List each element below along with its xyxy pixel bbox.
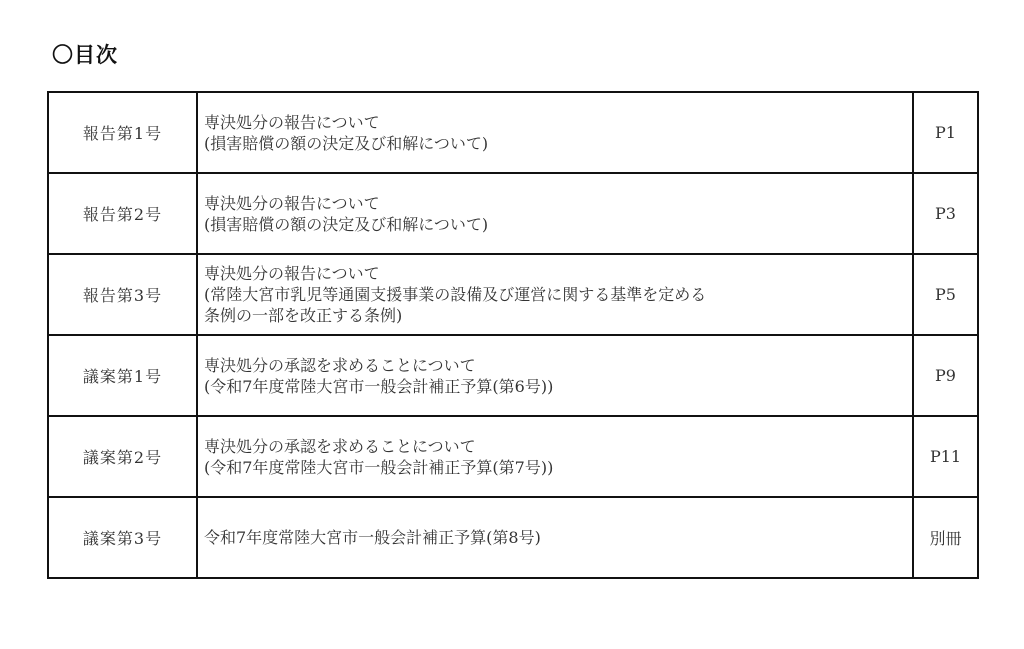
item-number: 議案第3号 (48, 497, 197, 578)
item-description: 専決処分の報告について (損害賠償の額の決定及び和解について) (197, 173, 913, 254)
item-description: 専決処分の承認を求めることについて (令和7年度常陸大宮市一般会計補正予算(第6… (197, 335, 913, 416)
description-line: (令和7年度常陸大宮市一般会計補正予算(第6号)) (204, 376, 902, 397)
page-reference: P9 (913, 335, 978, 416)
description-line: (令和7年度常陸大宮市一般会計補正予算(第7号)) (204, 457, 902, 478)
table-row: 報告第1号 専決処分の報告について (損害賠償の額の決定及び和解について) P1 (48, 92, 978, 173)
description-line: 専決処分の承認を求めることについて (204, 436, 902, 457)
description-line: 専決処分の承認を求めることについて (204, 355, 902, 376)
item-number: 議案第2号 (48, 416, 197, 497)
item-description: 専決処分の報告について (常陸大宮市乳児等通園支援事業の設備及び運営に関する基準… (197, 254, 913, 335)
page-reference: P11 (913, 416, 978, 497)
page-title: 〇目次 (52, 40, 118, 70)
page-reference: P1 (913, 92, 978, 173)
table-row: 議案第3号 令和7年度常陸大宮市一般会計補正予算(第8号) 別冊 (48, 497, 978, 578)
item-number: 報告第3号 (48, 254, 197, 335)
description-line: 専決処分の報告について (204, 193, 902, 214)
description-line: 令和7年度常陸大宮市一般会計補正予算(第8号) (204, 527, 902, 548)
item-description: 令和7年度常陸大宮市一般会計補正予算(第8号) (197, 497, 913, 578)
table-row: 議案第1号 専決処分の承認を求めることについて (令和7年度常陸大宮市一般会計補… (48, 335, 978, 416)
description-line: 専決処分の報告について (204, 112, 902, 133)
item-description: 専決処分の報告について (損害賠償の額の決定及び和解について) (197, 92, 913, 173)
description-line: 条例の一部を改正する条例) (204, 305, 902, 326)
item-number: 議案第1号 (48, 335, 197, 416)
page-reference: 別冊 (913, 497, 978, 578)
description-line: 専決処分の報告について (204, 263, 902, 284)
description-line: (損害賠償の額の決定及び和解について) (204, 214, 902, 235)
item-number: 報告第1号 (48, 92, 197, 173)
table-row: 議案第2号 専決処分の承認を求めることについて (令和7年度常陸大宮市一般会計補… (48, 416, 978, 497)
item-number: 報告第2号 (48, 173, 197, 254)
page-reference: P5 (913, 254, 978, 335)
page-reference: P3 (913, 173, 978, 254)
table-row: 報告第2号 専決処分の報告について (損害賠償の額の決定及び和解について) P3 (48, 173, 978, 254)
table-row: 報告第3号 専決処分の報告について (常陸大宮市乳児等通園支援事業の設備及び運営… (48, 254, 978, 335)
description-line: (損害賠償の額の決定及び和解について) (204, 133, 902, 154)
table-of-contents: 報告第1号 専決処分の報告について (損害賠償の額の決定及び和解について) P1… (47, 91, 979, 579)
item-description: 専決処分の承認を求めることについて (令和7年度常陸大宮市一般会計補正予算(第7… (197, 416, 913, 497)
description-line: (常陸大宮市乳児等通園支援事業の設備及び運営に関する基準を定める (204, 284, 902, 305)
